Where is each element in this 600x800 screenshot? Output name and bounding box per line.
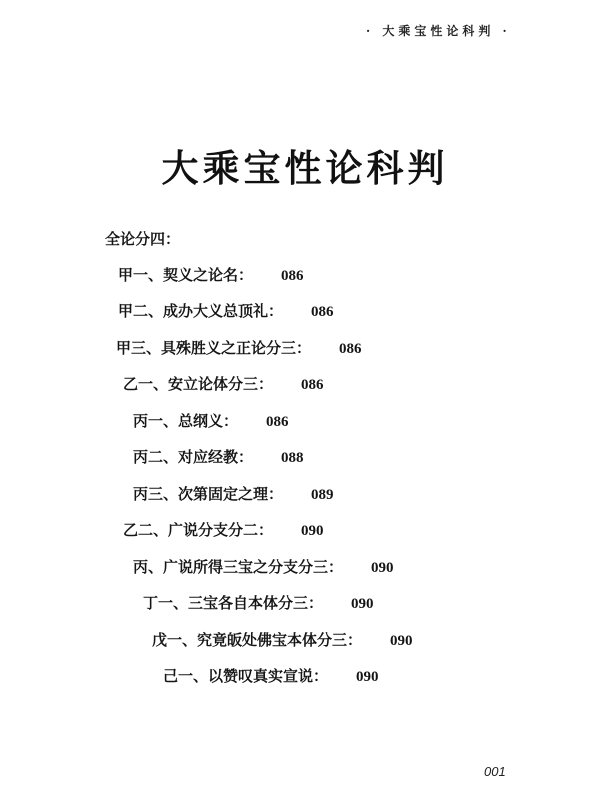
toc-entry-label: 甲三、具殊胜义之正论分三：	[116, 339, 311, 357]
toc-entry-label: 丙一、总纲义：	[133, 412, 238, 430]
toc-entry[interactable]: 丙三、次第固定之理：089	[133, 483, 334, 504]
toc-entry-label: 丁一、三宝各自本体分三：	[143, 594, 323, 612]
toc-entry-page: 088	[281, 450, 304, 466]
toc-intro: 全论分四：	[105, 228, 180, 249]
toc-entry-label: 丙三、次第固定之理：	[133, 485, 283, 503]
toc-entry[interactable]: 乙一、安立论体分三：086	[123, 373, 324, 394]
toc-entry[interactable]: 己一、以赞叹真实宣说：090	[163, 665, 379, 686]
toc-entry-label: 丙、广说所得三宝之分支分三：	[133, 558, 343, 576]
page-number: 001	[484, 764, 506, 779]
toc-entry-label: 甲一、契义之论名：	[118, 266, 253, 284]
toc-entry-page: 090	[356, 669, 379, 685]
toc-entry-label: 乙一、安立论体分三：	[123, 375, 273, 393]
toc-entry-label: 己一、以赞叹真实宣说：	[163, 667, 328, 685]
toc-entry[interactable]: 乙二、广说分支分二：090	[123, 519, 324, 540]
toc-entry[interactable]: 丁一、三宝各自本体分三：090	[143, 592, 374, 613]
toc-entry-page: 086	[281, 268, 304, 284]
page-title: 大乘宝性论科判	[0, 138, 600, 192]
running-header: · 大乘宝性论科判 ·	[366, 22, 511, 39]
toc-entry-page: 090	[351, 596, 374, 612]
toc-entry[interactable]: 丙一、总纲义：086	[133, 410, 289, 431]
toc-entry-label: 戊一、究竟皈处佛宝本体分三：	[152, 631, 362, 649]
toc-entry-page: 086	[339, 341, 362, 357]
toc-entry-page: 086	[266, 414, 289, 430]
toc-entry-page: 090	[371, 560, 394, 576]
toc-entry-page: 089	[311, 487, 334, 503]
toc-entry[interactable]: 甲三、具殊胜义之正论分三：086	[116, 337, 362, 358]
toc-entry[interactable]: 甲一、契义之论名：086	[118, 264, 304, 285]
toc-entry[interactable]: 丙、广说所得三宝之分支分三：090	[133, 556, 394, 577]
toc-entry-page: 090	[390, 633, 413, 649]
toc-entry-label: 乙二、广说分支分二：	[123, 521, 273, 539]
toc-entry[interactable]: 丙二、对应经教：088	[133, 446, 304, 467]
toc-entry[interactable]: 戊一、究竟皈处佛宝本体分三：090	[152, 629, 413, 650]
toc-entry-page: 086	[311, 304, 334, 320]
toc-entry[interactable]: 甲二、成办大义总顶礼：086	[118, 300, 334, 321]
toc-entry-label: 丙二、对应经教：	[133, 448, 253, 466]
toc-entry-page: 086	[301, 377, 324, 393]
toc-entry-label: 甲二、成办大义总顶礼：	[118, 302, 283, 320]
toc-entry-page: 090	[301, 523, 324, 539]
